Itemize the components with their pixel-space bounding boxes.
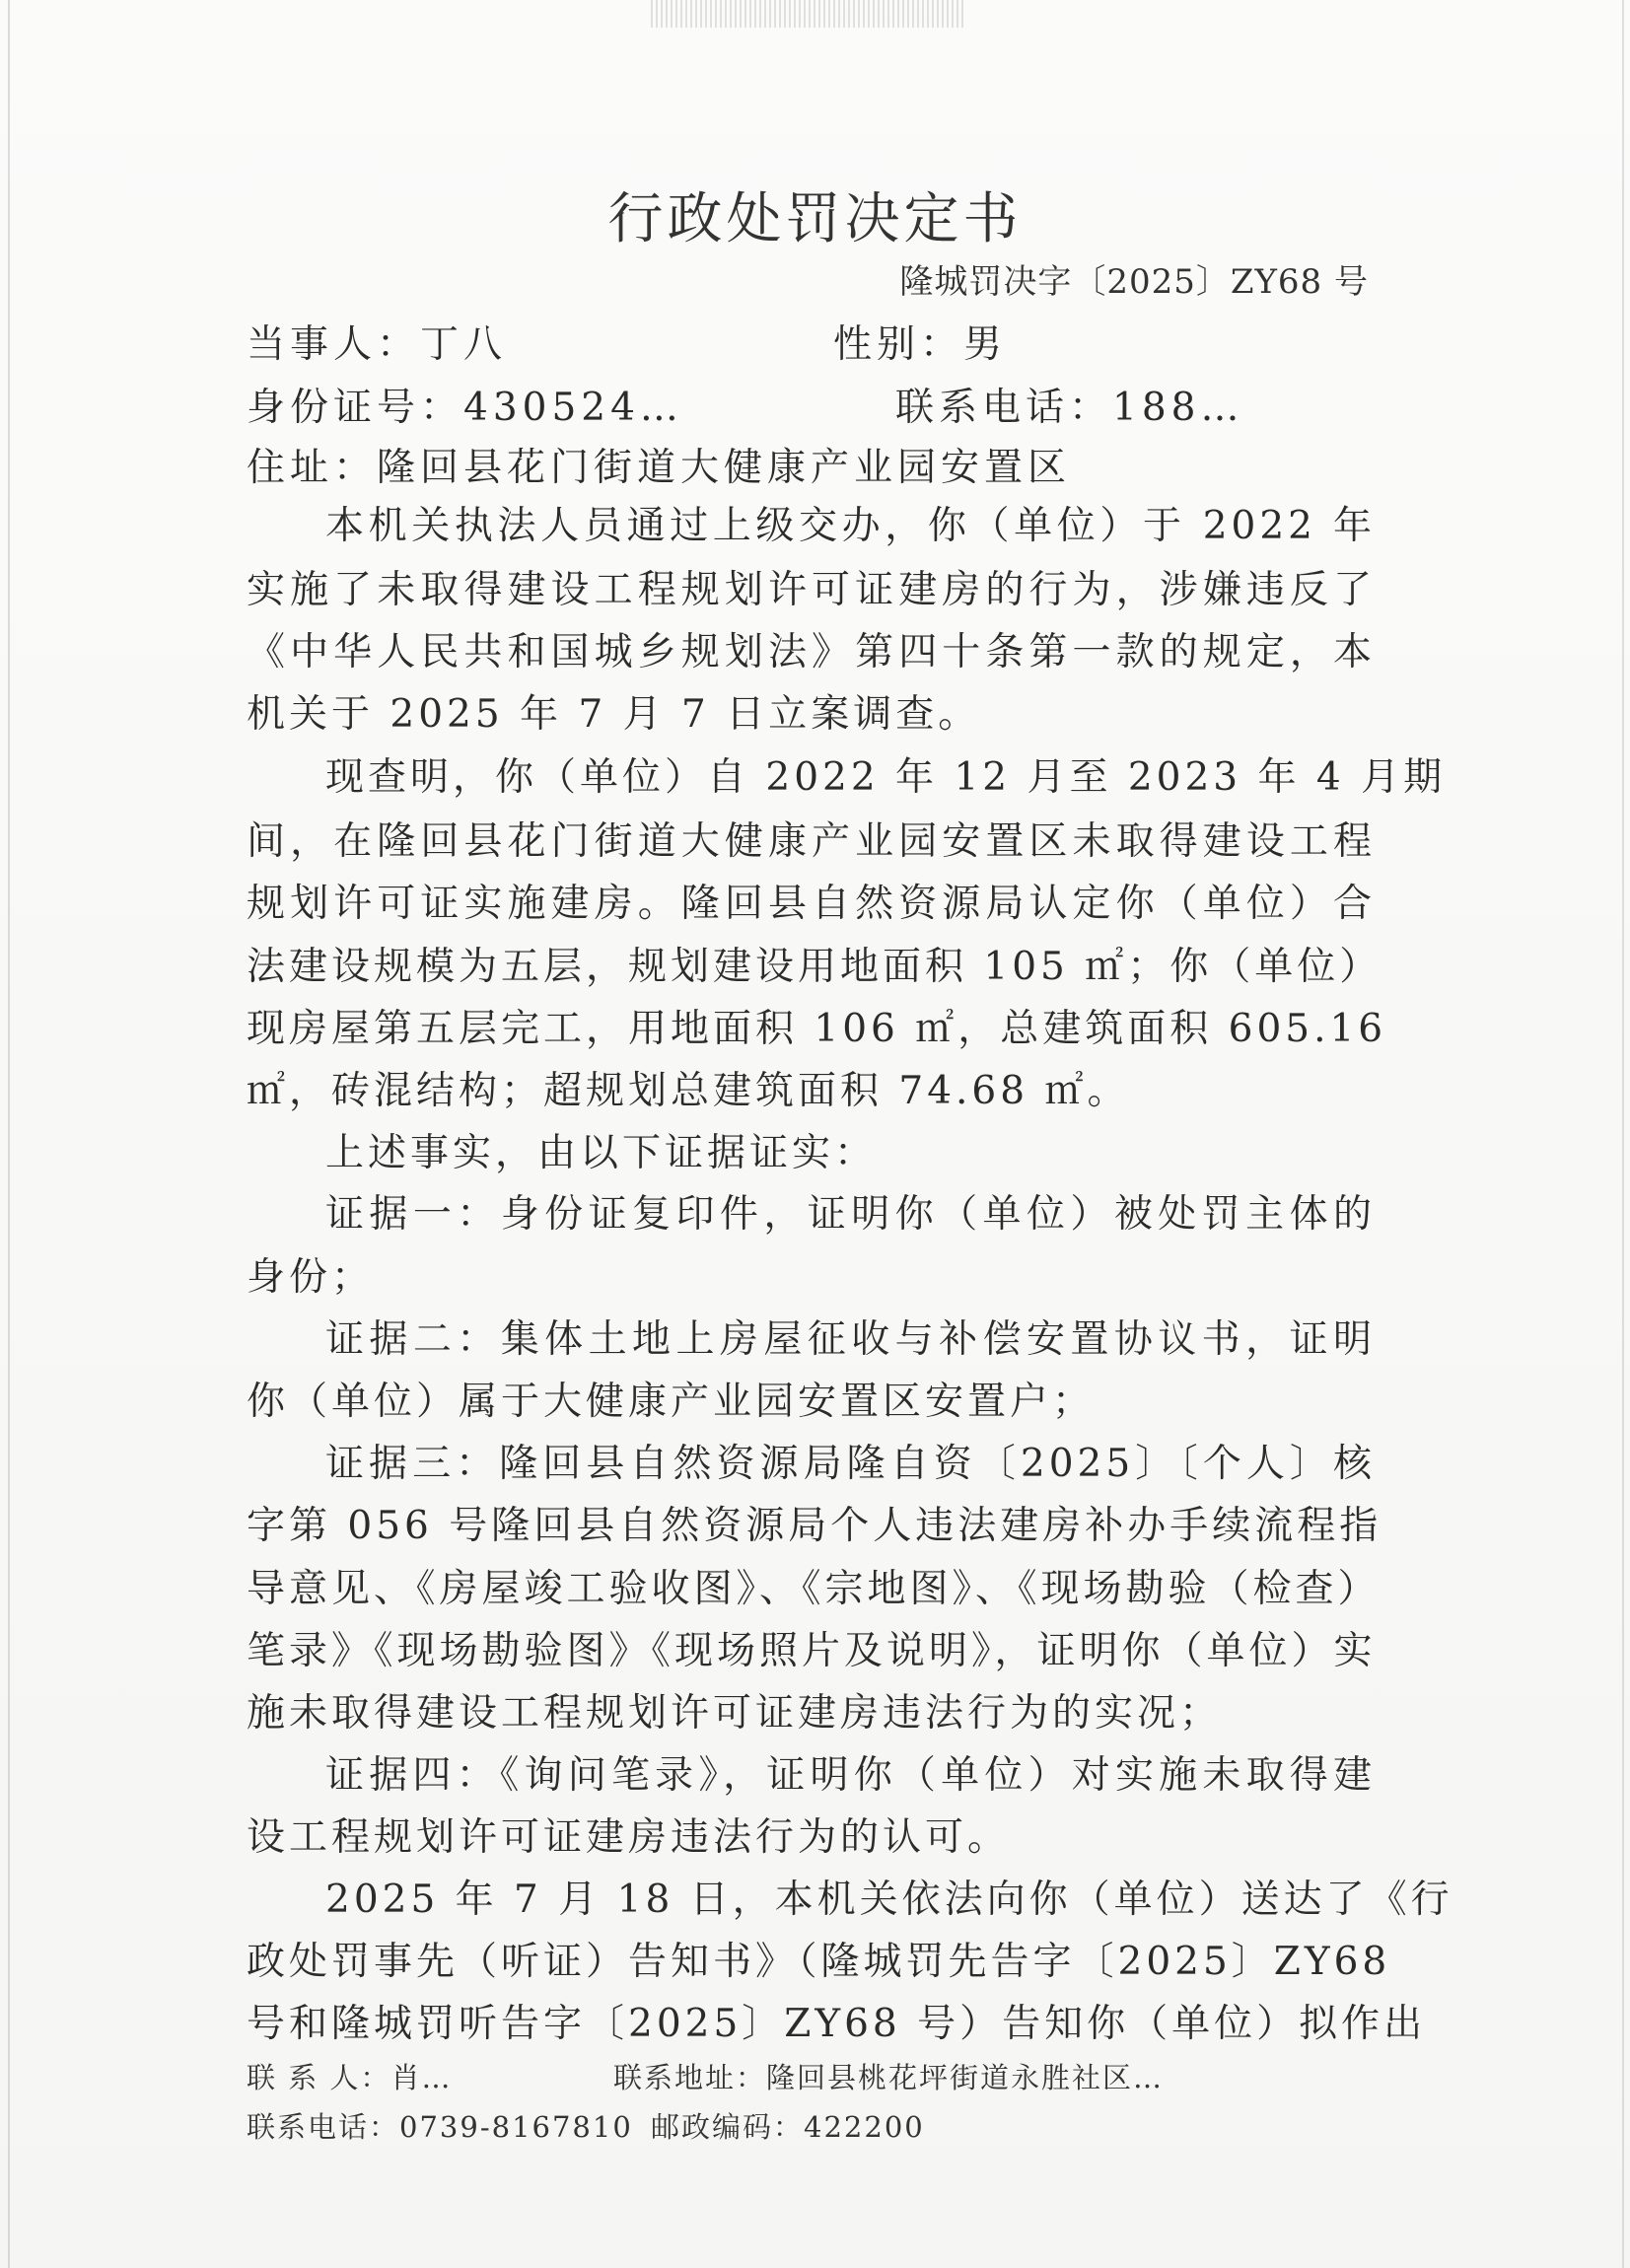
evidence-line: 证据三：隆回县自然资源局隆自资〔2025〕〔个人〕核 bbox=[247, 1433, 1376, 1488]
party-gender-value: 男 bbox=[963, 322, 1007, 367]
page-edge-left bbox=[8, 0, 10, 2268]
body-line: 上述事实，由以下证据证实： bbox=[247, 1122, 1376, 1177]
party-id-value: 430524… bbox=[463, 386, 683, 430]
postcode-label: 邮政编码： bbox=[651, 2110, 804, 2144]
body-line: 间，在隆回县花门街道大健康产业园安置区未取得建设工程 bbox=[247, 811, 1376, 866]
footer-contact-address: 联系地址：隆回县桃花坪街道永胜社区… bbox=[613, 2056, 1164, 2096]
body-line: ㎡，砖混结构；超规划总建筑面积 74.68 ㎡。 bbox=[247, 1060, 1376, 1115]
body-line: 2025 年 7 月 18 日，本机关依法向你（单位）送达了《行 bbox=[247, 1869, 1376, 1924]
body-line: 法建设规模为五层，规划建设用地面积 105 ㎡；你（单位） bbox=[247, 936, 1376, 991]
evidence-line: 笔录》《现场勘验图》《现场照片及说明》，证明你（单位）实 bbox=[247, 1620, 1376, 1675]
scan-artifact bbox=[651, 0, 966, 28]
evidence-line: 设工程规划许可证建房违法行为的认可。 bbox=[247, 1807, 1376, 1862]
contact-phone-label: 联系电话： bbox=[247, 2110, 399, 2144]
body-line: 实施了未取得建设工程规划许可证建房的行为，涉嫌违反了 bbox=[247, 559, 1376, 614]
party-phone-row: 联系电话：188… bbox=[895, 377, 1243, 432]
scanned-page: 行政处罚决定书 隆城罚决字〔2025〕ZY68 号 当事人：丁八 性别：男 身份… bbox=[0, 0, 1630, 2268]
party-gender-row: 性别：男 bbox=[833, 314, 1007, 369]
party-name-row: 当事人：丁八 bbox=[247, 314, 507, 369]
body-line: 号和隆城罚听告字〔2025〕ZY68 号）告知你（单位）拟作出 bbox=[247, 1993, 1376, 2048]
body-line: 本机关执法人员通过上级交办，你（单位）于 2022 年 bbox=[247, 495, 1376, 550]
evidence-line: 证据四：《询问笔录》，证明你（单位）对实施未取得建 bbox=[247, 1744, 1376, 1800]
evidence-line: 你（单位）属于大健康产业园安置区安置户； bbox=[247, 1371, 1376, 1426]
party-gender-label: 性别： bbox=[833, 322, 963, 367]
party-id-label: 身份证号： bbox=[247, 386, 463, 430]
contact-person-value: 肖… bbox=[390, 2061, 452, 2094]
party-name-label: 当事人： bbox=[247, 322, 420, 367]
document-title: 行政处罚决定书 bbox=[0, 176, 1630, 254]
postcode-value: 422200 bbox=[804, 2110, 925, 2144]
evidence-line: 施未取得建设工程规划许可证建房违法行为的实况； bbox=[247, 1682, 1376, 1737]
footer-contact-person: 联 系 人：肖… bbox=[247, 2056, 452, 2096]
evidence-line: 证据二：集体土地上房屋征收与补偿安置协议书，证明 bbox=[247, 1309, 1376, 1364]
page-edge-right bbox=[1622, 0, 1624, 2268]
party-name-value: 丁八 bbox=[420, 322, 507, 367]
evidence-line: 字第 056 号隆回县自然资源局个人违法建房补办手续流程指 bbox=[247, 1495, 1376, 1550]
evidence-line: 导意见、《房屋竣工验收图》、《宗地图》、《现场勘验（检查） bbox=[247, 1558, 1376, 1613]
body-line: 政处罚事先（听证）告知书》（隆城罚先告字〔2025〕ZY68 bbox=[247, 1931, 1376, 1986]
body-line: 规划许可证实施建房。隆回县自然资源局认定你（单位）合 bbox=[247, 873, 1376, 928]
contact-address-value: 隆回县桃花坪街道永胜社区… bbox=[766, 2061, 1164, 2094]
contact-person-label: 联 系 人： bbox=[247, 2061, 390, 2094]
footer-contact-phone: 联系电话：0739-8167810 bbox=[247, 2105, 633, 2146]
footer-postcode-final: 邮政编码：422200 bbox=[651, 2105, 925, 2146]
party-phone-label: 联系电话： bbox=[895, 386, 1112, 430]
body-line: 现房屋第五层完工，用地面积 106 ㎡，总建筑面积 605.16 bbox=[247, 998, 1376, 1053]
contact-phone-value: 0739-8167810 bbox=[399, 2110, 633, 2144]
document-number: 隆城罚决字〔2025〕ZY68 号 bbox=[899, 254, 1369, 303]
party-address-row: 住址：隆回县花门街道大健康产业园安置区 bbox=[247, 437, 1071, 492]
body-line: 《中华人民共和国城乡规划法》第四十条第一款的规定，本 bbox=[247, 621, 1376, 676]
evidence-line: 证据一：身份证复印件，证明你（单位）被处罚主体的 bbox=[247, 1183, 1376, 1239]
party-address-label: 住址： bbox=[247, 446, 377, 490]
contact-address-label: 联系地址： bbox=[613, 2061, 766, 2094]
body-line: 机关于 2025 年 7 月 7 日立案调查。 bbox=[247, 683, 1376, 739]
body-line: 现查明，你（单位）自 2022 年 12 月至 2023 年 4 月期 bbox=[247, 746, 1376, 802]
evidence-line: 身份； bbox=[247, 1246, 1376, 1302]
party-phone-value: 188… bbox=[1112, 386, 1243, 430]
party-address-value: 隆回县花门街道大健康产业园安置区 bbox=[377, 446, 1071, 490]
party-id-row: 身份证号：430524… bbox=[247, 377, 683, 432]
